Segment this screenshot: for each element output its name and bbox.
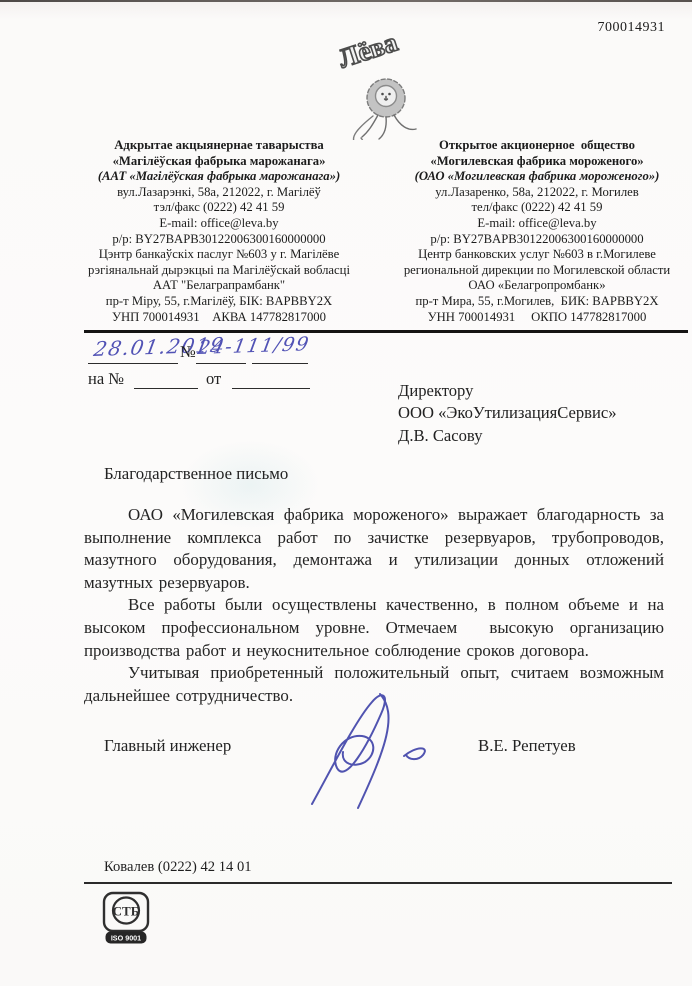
reply-from-label: от [206,369,221,389]
recipient-title: Директору [398,380,617,402]
signer-name: В.Е. Репетуев [478,736,576,756]
email-ru: E-mail: office@leva.by [388,216,686,232]
handwritten-number: 24-111/99 [196,333,312,359]
cert-stb-text: СТБ [113,904,140,919]
org-abbrev-by: (ААТ «Магілёўская фабрыка марожанага») [56,169,382,185]
account-by: р/р: BY27BAPB30122006300160000000 [56,232,382,248]
bank-address-ru: пр-т Мира, 55, г.Могилев, БИК: BAPBBY2X [388,294,686,310]
address-by: вул.Лазарэнкі, 58а, 212022, г. Магілёў [56,185,382,201]
recipient-person: Д.В. Сасову [398,425,617,447]
reply-to-number-label: на № [88,369,124,389]
blank-line-reply-date [232,388,310,389]
org-name-ru: Открытое акционерное общество [388,138,686,154]
bank-line2-ru: региональной дирекции по Могилевской обл… [388,263,686,279]
header-divider-line [84,330,688,333]
recipient-company: ООО «ЭкоУтилизацияСервис» [398,402,617,424]
header-russian: Открытое акционерное общество «Могилевск… [388,138,686,325]
email-by: E-mail: office@leva.by [56,216,382,232]
account-ru: р/р: BY27BAPB30122006300160000000 [388,232,686,248]
letter-body: ОАО «Могилевская фабрика мороженого» выр… [84,504,664,707]
bank-address-by: пр-т Міру, 55, г.Магілёў, БІК: BAPBBY2X [56,294,382,310]
bank-name-ru: ОАО «Белагропромбанк» [388,278,686,294]
blank-line-reply-number [134,388,198,389]
executor-contact: Ковалев (0222) 42 14 01 [104,859,252,876]
tax-ids-by: УНП 700014931 АКВА 147782817000 [56,310,382,326]
footer-divider-line [84,882,672,884]
blank-line-date [88,363,178,364]
cert-iso-text: ISO 9001 [111,934,141,943]
header-belarusian: Адкрытае акцыянернае таварыства «Магілёў… [56,138,382,325]
bank-line2-by: рэгіянальнай дырэкцыі па Магілёўскай воб… [56,263,382,279]
recipient-block: Директору ООО «ЭкоУтилизацияСервис» Д.В.… [398,380,617,447]
bank-line1-ru: Центр банковских услуг №603 в г.Могилеве [388,247,686,263]
bank-name-by: ААТ "Белаграпрамбанк" [56,278,382,294]
iso-certification-stamp: СТБ ISO 9001 [101,891,151,952]
handwritten-signature [282,686,442,819]
stb-iso-9001-icon: СТБ ISO 9001 [101,891,151,947]
phone-ru: тел/факс (0222) 42 41 59 [388,200,686,216]
scan-artifact-top-edge [0,0,692,2]
org-abbrev-ru: (ОАО «Могилевская фабрика мороженого») [388,169,686,185]
letter-subject: Благодарственное письмо [104,464,288,484]
org-name-by-2: «Магілёўская фабрыка марожанага» [56,154,382,170]
lion-mascot-icon: Лёва [336,36,432,140]
bank-line1-by: Цэнтр банкаўскіх паслуг №603 у г. Магілё… [56,247,382,263]
number-sign-label: № [180,342,196,362]
signature-scribble-icon [282,686,442,814]
org-name-ru-2: «Могилевская фабрика мороженого» [388,154,686,170]
signer-position: Главный инженер [104,736,231,756]
tax-ids-ru: УНН 700014931 ОКПО 147782817000 [388,310,686,326]
leva-logo: Лёва [336,36,432,140]
address-ru: ул.Лазаренко, 58а, 212022, г. Могилев [388,185,686,201]
blank-line-number [196,363,246,364]
phone-by: тэл/факс (0222) 42 41 59 [56,200,382,216]
leva-wordmark: Лёва [336,36,402,74]
body-paragraph-1: ОАО «Могилевская фабрика мороженого» выр… [84,504,664,594]
org-name-by: Адкрытае акцыянернае таварыства [56,138,382,154]
body-paragraph-2: Все работы были осуществлены качественно… [84,594,664,662]
doc-number: 700014931 [598,20,666,36]
blank-line-number2 [252,363,308,364]
scanned-letter-page: 700014931 Лёва Адкрытае акцыянернае тава… [0,0,692,986]
